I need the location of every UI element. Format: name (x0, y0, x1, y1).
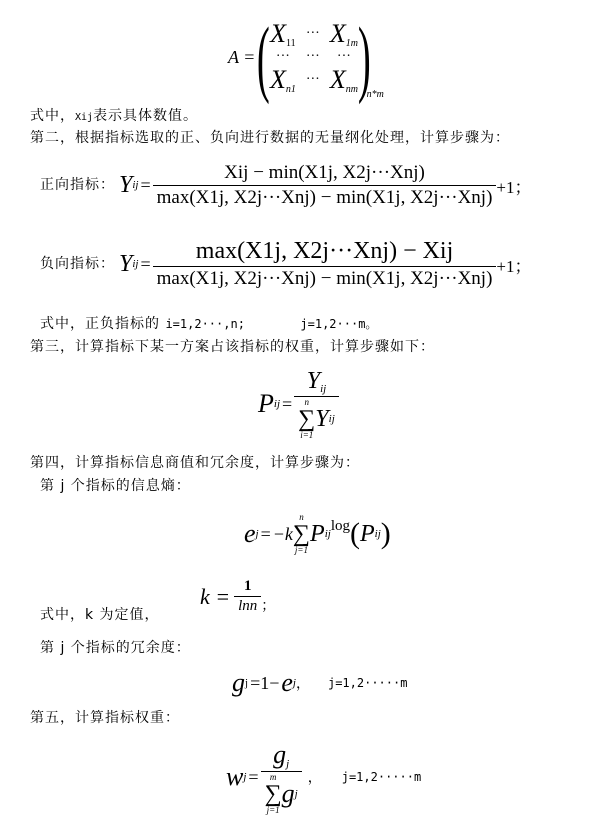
k-constant-formula: k = 1 lnn ； (200, 578, 276, 615)
proportion-formula: Pij = Yij n∑i=1 Yij (258, 366, 339, 442)
negative-fraction: max(X1j, X2j···Xnj) − Xij max(X1j, X2j··… (153, 238, 497, 290)
paragraph-entropy-label: 第 j 个指标的信息熵： (40, 478, 191, 494)
paragraph-k-const: 式中，k 为定值， (40, 607, 160, 623)
paragraph-index-ranges: 式中，正负指标的 i=1,2···,n; j=1,2···m。 (40, 316, 377, 332)
matrix-body: X11 ··· X1m ··· ··· ··· Xn1 ··· Xnm (270, 19, 358, 95)
paragraph-xij-desc: 式中，Xij表示具体数值。 (30, 108, 198, 126)
weight-formula: wj = gj m∑j=1 gj ， j=1,2·····m (226, 738, 421, 816)
negative-indicator-row: 负向指标： Yij = max(X1j, X2j···Xnj) − Xij ma… (40, 228, 532, 300)
entropy-formula: ej = −k n∑j=1 Pij log (Pij) (244, 506, 391, 562)
positive-label: 正向指标： (40, 177, 115, 193)
paragraph-step-five: 第五，计算指标权重： (30, 710, 180, 726)
paragraph-step-four: 第四，计算指标信息商值和冗余度，计算步骤为： (30, 455, 360, 471)
negative-label: 负向指标： (40, 256, 115, 272)
paragraph-step-three: 第三，计算指标下某一方案占该指标的权重，计算步骤如下： (30, 339, 435, 355)
matrix-formula: A = ( X11 ··· X1m ··· ··· ··· Xn1 ··· Xn… (228, 12, 384, 102)
matrix-lhs: A = (228, 47, 255, 68)
sum-symbol: n∑i=1 (298, 398, 315, 440)
right-paren: ) (358, 14, 371, 100)
sum-symbol: m∑j=1 (265, 773, 282, 815)
positive-indicator-row: 正向指标： Yij = Xij − min(X1j, X2j···Xnj) ma… (40, 150, 532, 220)
sum-symbol: n∑j=1 (293, 513, 310, 555)
positive-fraction: Xij − min(X1j, X2j···Xnj) max(X1j, X2j··… (153, 162, 497, 209)
paragraph-step-two: 第二，根据指标选取的正、负向进行数据的无量纲化处理，计算步骤为： (30, 130, 510, 146)
left-paren: ( (257, 14, 270, 100)
redundancy-formula: gj =1− ej ， j=1,2·····m (232, 666, 407, 700)
paragraph-redundancy-label: 第 j 个指标的冗余度： (40, 640, 191, 656)
